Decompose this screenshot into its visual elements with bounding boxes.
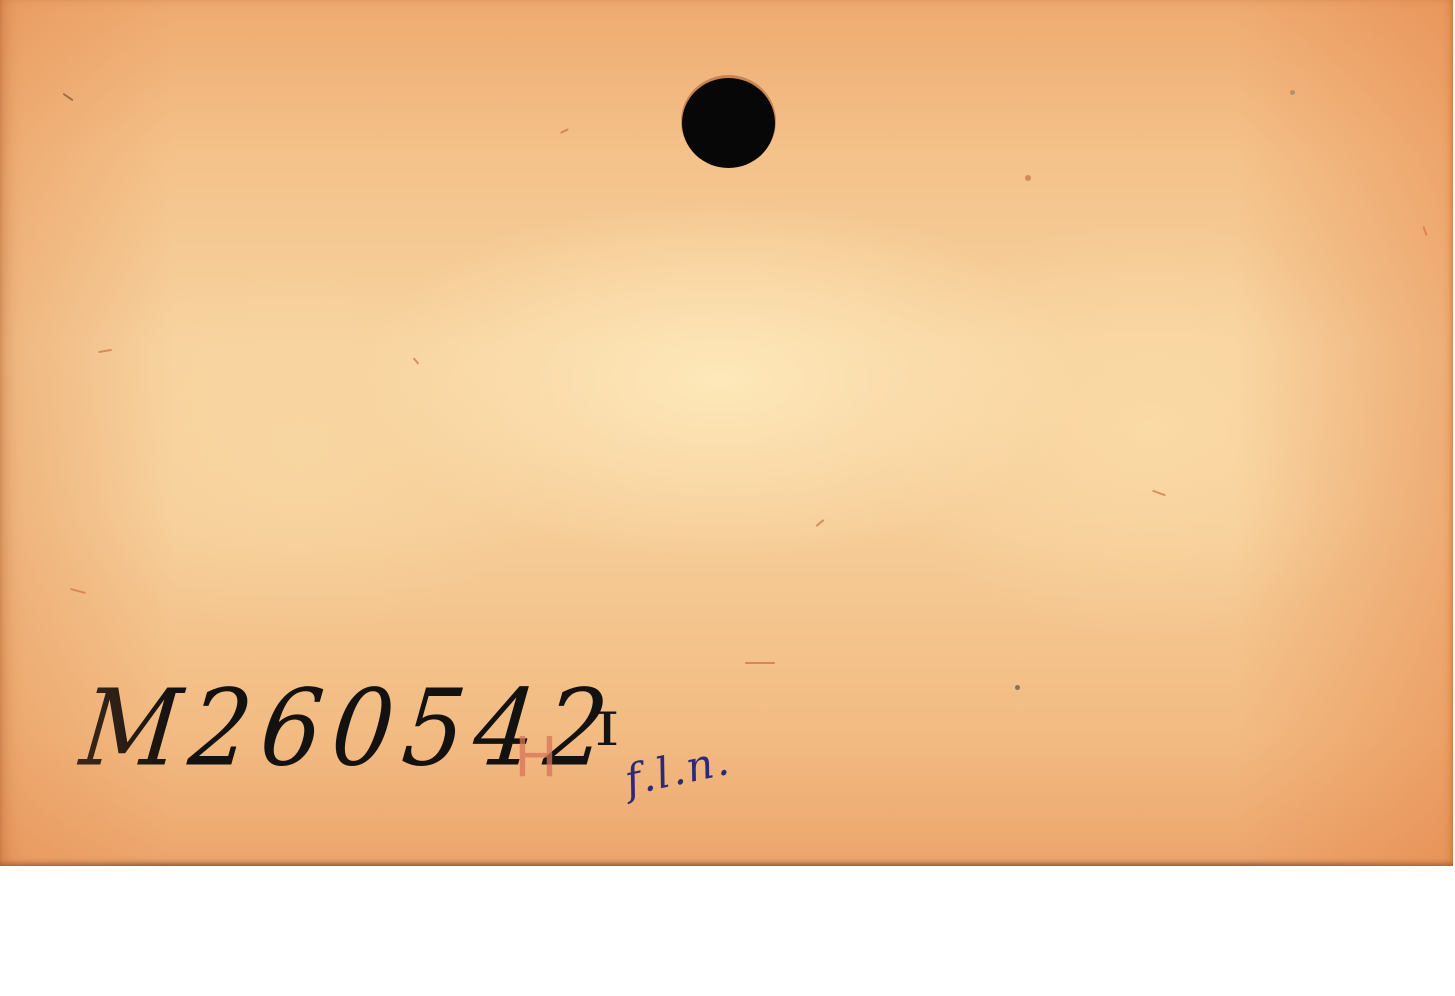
paper-fiber [413, 357, 420, 364]
paper-fiber [1025, 175, 1031, 181]
stamp-letter: H [515, 728, 557, 786]
roman-numeral-mark: I [594, 706, 619, 752]
paper-fiber [560, 128, 569, 134]
paper-fiber [1290, 90, 1295, 95]
paper-fiber [745, 662, 775, 664]
paper-fiber [70, 588, 86, 594]
punch-hole [682, 78, 775, 168]
blue-ink-note: f.l.n. [621, 739, 734, 802]
paper-fiber [1015, 685, 1020, 690]
paper-fiber [816, 519, 825, 527]
paper-fiber [1152, 490, 1166, 497]
paper-fiber [1422, 226, 1427, 236]
index-card: M260542 H I f.l.n. [0, 0, 1453, 866]
paper-fiber [98, 349, 112, 353]
paper-fiber [63, 93, 74, 102]
